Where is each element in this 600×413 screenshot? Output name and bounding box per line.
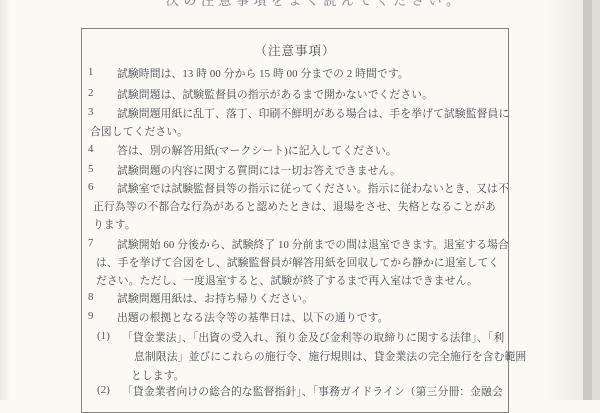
- item-1-number: 1: [88, 66, 94, 78]
- page-left-edge-shading: [0, 0, 10, 400]
- header-instruction-fragment: 次の注意事項をよく読んでください。: [166, 0, 464, 9]
- item-7-line-1: 試験開始 60 分後から、試験終了 10 分前までの間は退室できます。退室する場…: [117, 237, 509, 252]
- item-9-number: 9: [88, 310, 94, 322]
- item-6-line-3: ります。: [93, 217, 136, 232]
- item-6-number: 6: [88, 181, 94, 193]
- item-5-number: 5: [88, 163, 94, 175]
- item-7-line-2: は、手を挙げて合図をし、試験監督員が解答用紙を回収してから静かに退室してく: [96, 255, 499, 270]
- subitem-1-line-1: 「貸金業法」、「出資の受入れ、預り金及び金利等の取締りに関する法律」、「利: [122, 330, 504, 345]
- item-7-number: 7: [88, 237, 94, 249]
- item-4-number: 4: [88, 143, 94, 155]
- item-2-line-1: 試験問題は、試験監督員の指示があるまで開かないでください。: [117, 87, 433, 102]
- notice-title: （注意事項）: [82, 41, 508, 59]
- scanned-exam-notice-page: { "page": { "header_fragment": "次の注意事項をよ…: [0, 0, 600, 400]
- item-8-number: 8: [88, 291, 94, 303]
- paper: 次の注意事項をよく読んでください。 （注意事項） 1 試験時間は、13 時 00…: [0, 0, 600, 400]
- scan-background-strip: [592, 0, 600, 400]
- item-4-line-1: 答は、別の解答用紙(マークシート)に記入してください。: [117, 143, 397, 158]
- subitem-1-line-3: とします。: [131, 368, 185, 383]
- item-3-line-1: 試験問題用紙に乱丁、落丁、印刷不鮮明がある場合は、手を挙げて試験監督員に: [117, 106, 509, 121]
- item-2-number: 2: [88, 87, 94, 99]
- subitem-2-marker: (2): [97, 384, 110, 396]
- item-8-line-1: 試験問題用紙は、お持ち帰りください。: [117, 291, 313, 306]
- item-3-line-2: 合図してください。: [90, 124, 188, 139]
- page-right-edge-shadow: [583, 0, 592, 400]
- subitem-1-marker: (1): [97, 330, 110, 342]
- item-1-line-1: 試験時間は、13 時 00 分から 15 時 00 分までの 2 時間です。: [117, 66, 409, 81]
- item-6-line-2: 正行為等の不都合な行為があると認めたときは、退場をさせ、失格となることがあ: [93, 199, 496, 214]
- item-9-line-1: 出題の根拠となる法令等の基準日は、以下の通りです。: [117, 310, 389, 325]
- item-6-line-1: 試験室では試験監督員等の指示に従ってください。指示に従わないとき、又は不: [117, 181, 509, 196]
- subitem-2-line-1: 「貸金業者向けの総合的な監督指針」、「事務ガイドライン（第三分冊：金融会: [122, 384, 503, 399]
- page-right-fade: [545, 0, 583, 400]
- subitem-1-line-2: 息制限法」並びにこれらの施行令、施行規則は、貸金業法の完全施行を含む範囲: [134, 349, 526, 364]
- item-3-number: 3: [88, 106, 94, 118]
- item-7-line-3: ださい。ただし、一度退室すると、試験が終了するまで再入室はできません。: [96, 273, 478, 288]
- item-5-line-1: 試験問題の内容に関する質問には一切お答えできません。: [117, 163, 401, 178]
